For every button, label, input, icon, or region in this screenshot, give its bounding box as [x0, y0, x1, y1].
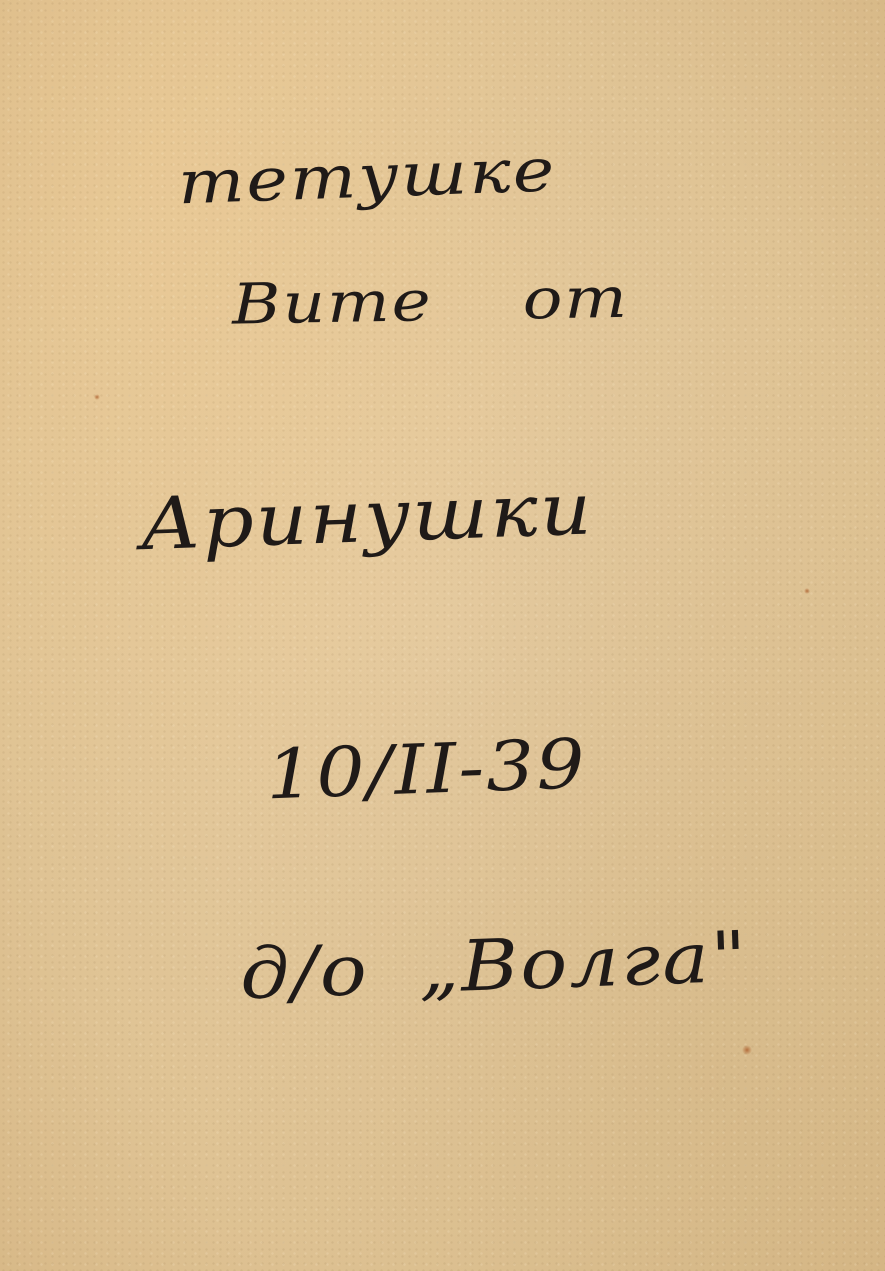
handwritten-abbrev: д/о — [239, 930, 370, 1015]
handwritten-line-3: Аринушки — [139, 467, 595, 566]
handwritten-date: 10/II-39 — [265, 723, 588, 814]
ink-spot — [94, 394, 100, 400]
ink-spot — [804, 588, 810, 594]
handwritten-line-1: тетушке — [177, 135, 558, 218]
stain-spot — [742, 1045, 752, 1055]
handwritten-word-name: Вите — [231, 268, 433, 337]
handwritten-line-2: Витеот — [231, 265, 629, 337]
handwritten-word-from: от — [522, 265, 629, 332]
handwritten-place-name: „Волга" — [417, 917, 750, 1009]
paper-card: тетушке Витеот Аринушки 10/II-39 д/о„Вол… — [0, 0, 885, 1271]
